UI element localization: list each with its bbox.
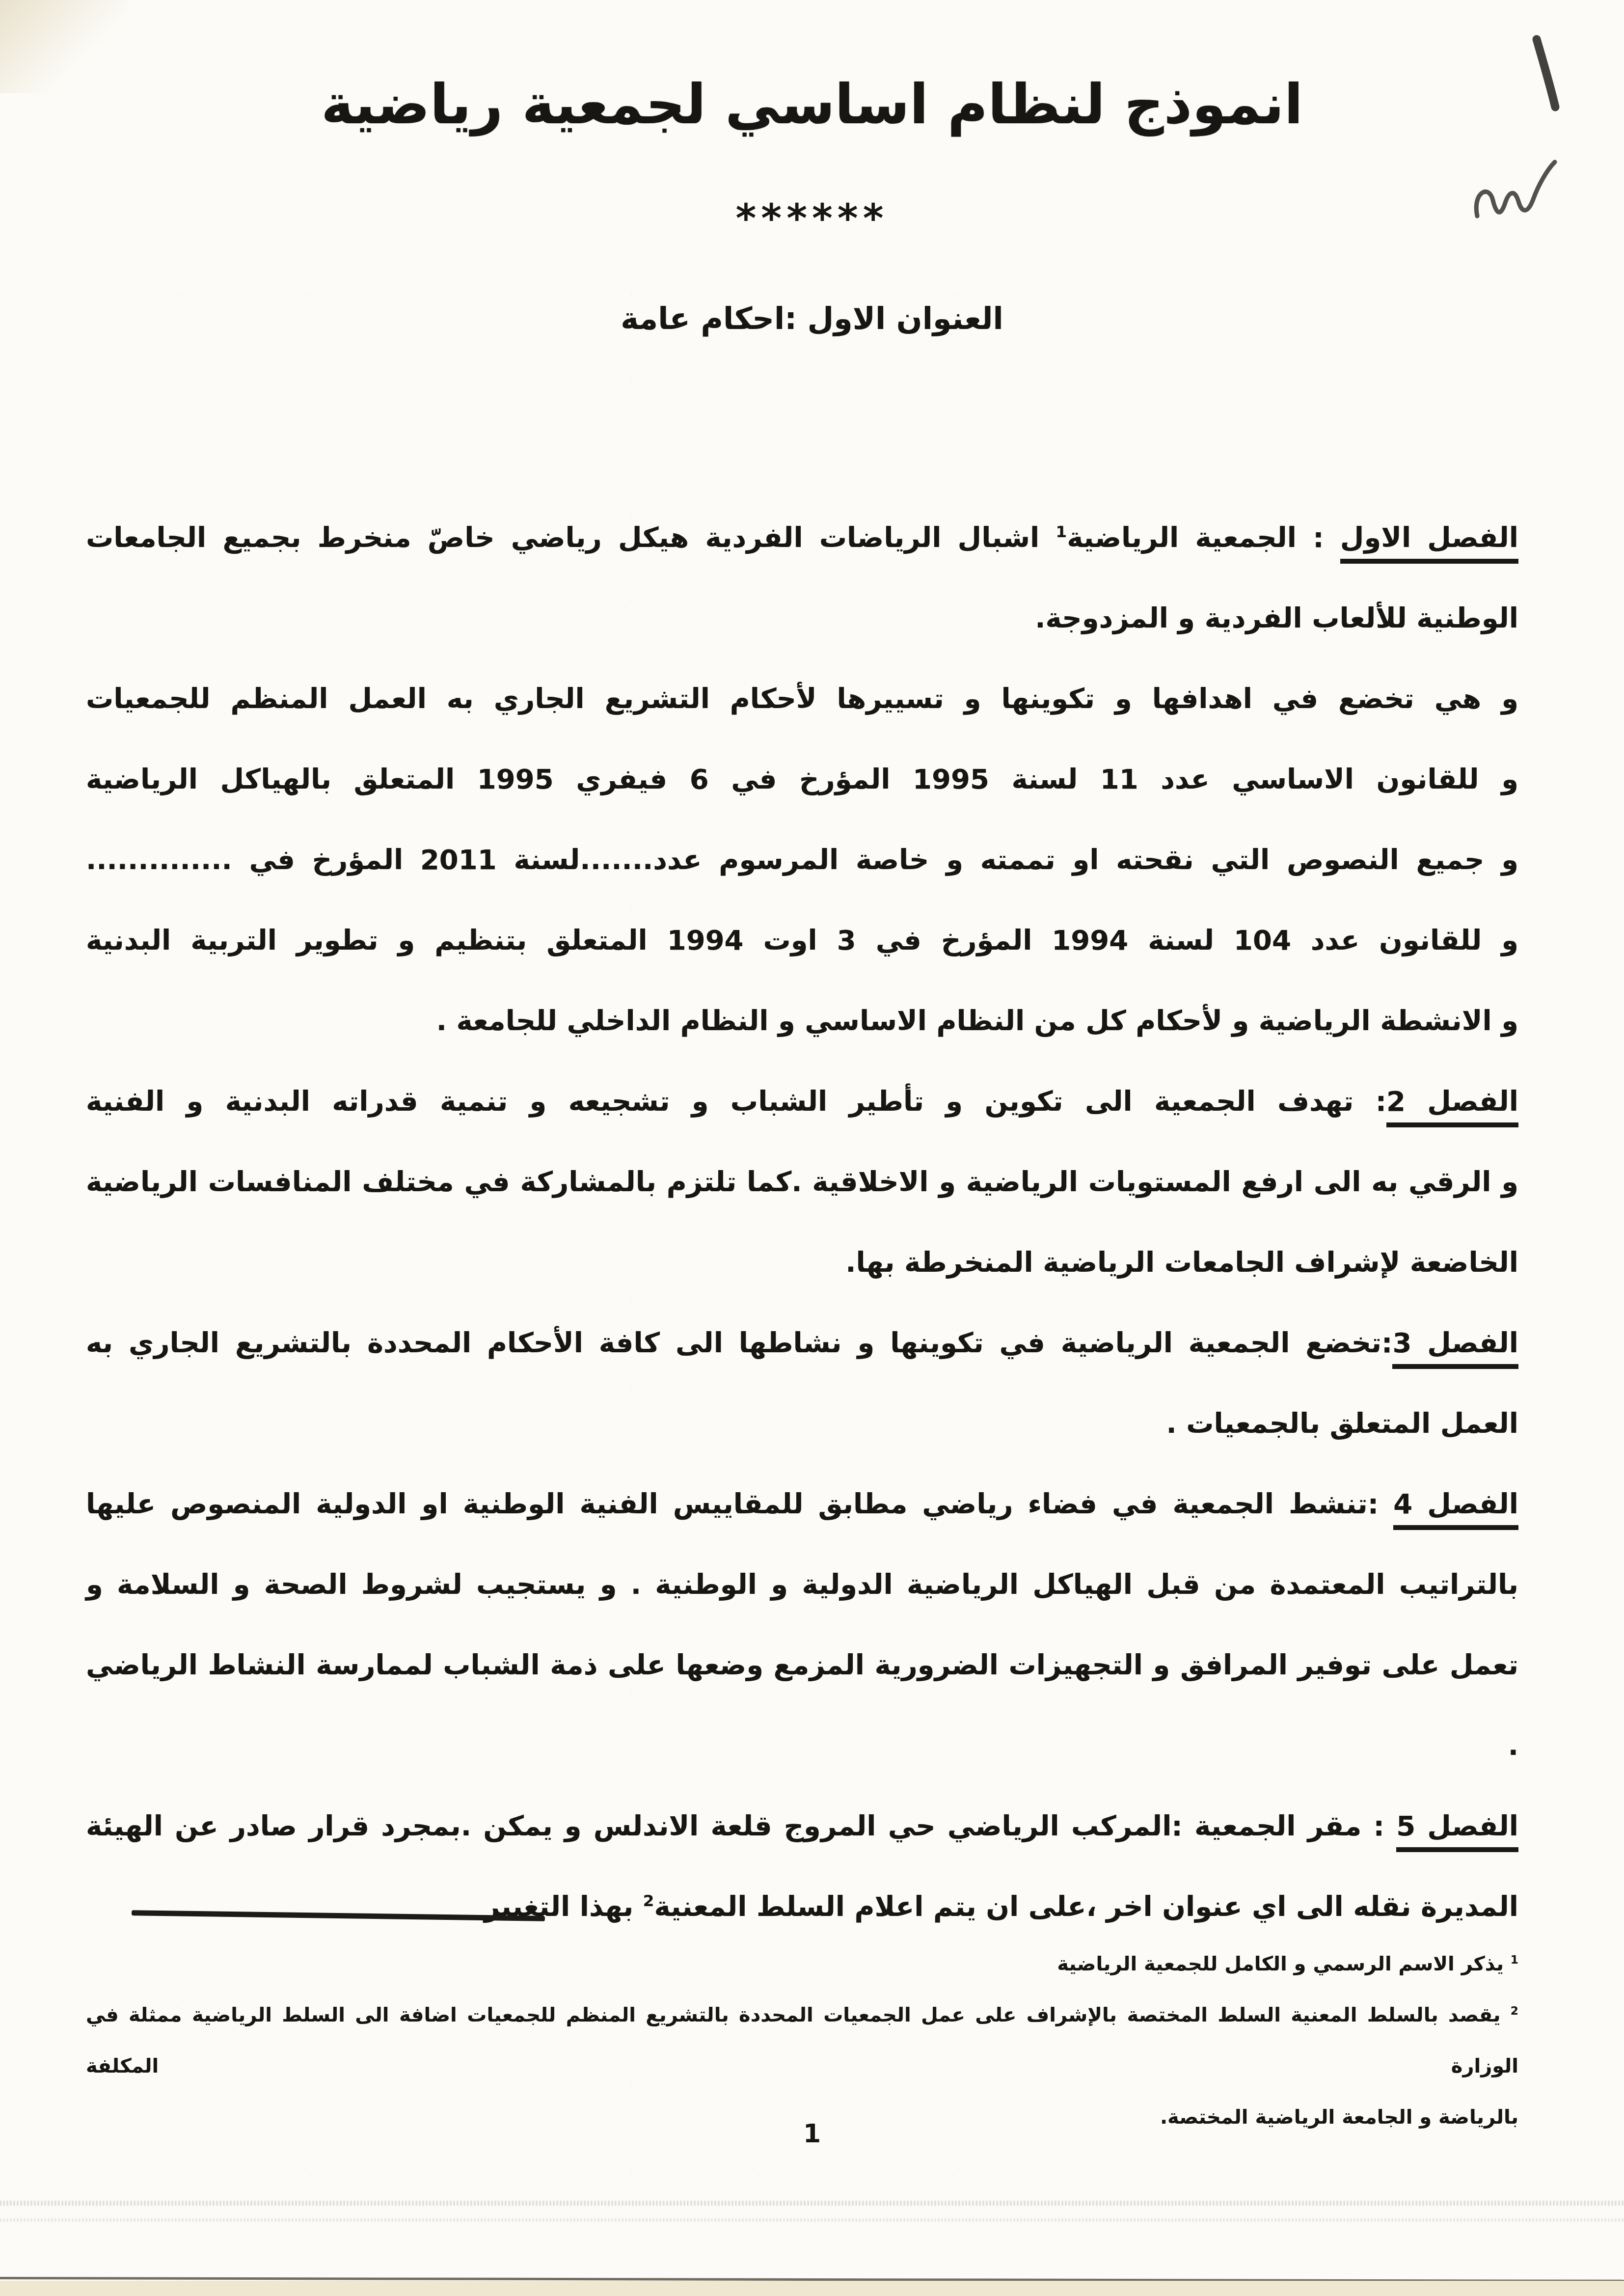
article-4-line-2: بالتراتيب المعتمدة من قبل الهياكل الرياض…: [86, 1545, 1518, 1625]
page-number: 1: [0, 2119, 1624, 2149]
stars-separator: ******: [0, 195, 1624, 241]
article-2-line-1: الفصل 2: تهدف الجمعية الى تكوين و تأطير …: [86, 1062, 1518, 1142]
paragraph-law-line-2: و للقانون الاساسي عدد 11 لسنة 1995 المؤر…: [86, 739, 1518, 820]
scan-noise-band: [0, 2201, 1624, 2206]
article-3-label: الفصل 3: [1392, 1327, 1518, 1369]
scanner-mat-strip: [0, 2281, 1624, 2296]
footnote-2-text: يقصد بالسلط المعنية السلط المختصة بالإشر…: [86, 2004, 1518, 2077]
article-2-text: : تهدف الجمعية الى تكوين و تأطير الشباب …: [86, 1086, 1386, 1118]
article-5-line-1: الفصل 5 : مقر الجمعية :المركب الرياضي حي…: [86, 1786, 1518, 1867]
article-1-text-cont: اشبال الرياضات الفردية هيكل رياضي خاصّ م…: [86, 522, 1056, 554]
article-5-text: : مقر الجمعية :المركب الرياضي حي المروج …: [86, 1810, 1396, 1842]
article-4-line-3: تعمل على توفير المرافق و التجهيزات الضرو…: [86, 1625, 1518, 1786]
footnotes: 1 يذكر الاسم الرسمي و الكامل للجمعية الر…: [86, 1939, 1518, 2143]
article-5-line-2: المديرة نقله الى اي عنوان اخر ،على ان يت…: [86, 1867, 1518, 1947]
article-5-label: الفصل 5: [1396, 1810, 1518, 1852]
footnote-ref-1: 1: [1056, 522, 1067, 541]
article-3-line-2: العمل المتعلق بالجمعيات .: [86, 1384, 1518, 1464]
article-4-line-1: الفصل 4 :تنشط الجمعية في فضاء رياضي مطاب…: [86, 1464, 1518, 1545]
article-4-text: :تنشط الجمعية في فضاء رياضي مطابق للمقاي…: [86, 1488, 1393, 1520]
section-heading: العنوان الاول :احكام عامة: [0, 301, 1624, 336]
article-1-line-1: الفصل الاول : الجمعية الرياضية1 اشبال ال…: [86, 498, 1518, 578]
article-2-line-2: و الرقي به الى ارفع المستويات الرياضية و…: [86, 1142, 1518, 1223]
paragraph-law-line-5: و الانشطة الرياضية و لأحكام كل من النظام…: [86, 981, 1518, 1062]
article-2-line-3: الخاضعة لإشراف الجامعات الرياضية المنخرط…: [86, 1223, 1518, 1303]
article-1-line-2: الوطنية للألعاب الفردية و المزدوجة.: [86, 578, 1518, 659]
article-1-label: الفصل الاول: [1340, 522, 1518, 564]
article-3-text: :تخضع الجمعية الرياضية في تكوينها و نشاط…: [86, 1327, 1392, 1359]
article-2-label: الفصل 2: [1386, 1086, 1518, 1127]
paragraph-law-line-4: و للقانون عدد 104 لسنة 1994 المؤرخ في 3 …: [86, 901, 1518, 981]
article-5-text-cont: المديرة نقله الى اي عنوان اخر ،على ان يت…: [654, 1891, 1518, 1923]
scanned-document-page: انموذج لنظام اساسي لجمعية رياضية ****** …: [0, 0, 1624, 2296]
paragraph-law-line-1: و هي تخضع في اهدافها و تكوينها و تسييرها…: [86, 659, 1518, 739]
footnote-2-line-1: 2 يقصد بالسلط المعنية السلط المختصة بالإ…: [86, 1990, 1518, 2092]
article-3-line-1: الفصل 3:تخضع الجمعية الرياضية في تكوينها…: [86, 1303, 1518, 1384]
footnote-2-marker: 2: [1511, 2004, 1518, 2018]
scan-noise-band: [0, 2218, 1624, 2222]
article-1-text: : الجمعية الرياضية: [1067, 522, 1340, 554]
document-body: الفصل الاول : الجمعية الرياضية1 اشبال ال…: [86, 498, 1518, 1947]
footnote-1: 1 يذكر الاسم الرسمي و الكامل للجمعية الر…: [86, 1939, 1518, 1990]
document-title: انموذج لنظام اساسي لجمعية رياضية: [0, 73, 1624, 137]
paragraph-law-line-3: و جميع النصوص التي نقحته او تممته و خاصة…: [86, 820, 1518, 901]
footnote-1-text: يذكر الاسم الرسمي و الكامل للجمعية الريا…: [1057, 1953, 1511, 1975]
article-4-label: الفصل 4: [1393, 1488, 1518, 1530]
footnote-1-marker: 1: [1511, 1953, 1518, 1967]
footnote-ref-2: 2: [643, 1891, 654, 1910]
